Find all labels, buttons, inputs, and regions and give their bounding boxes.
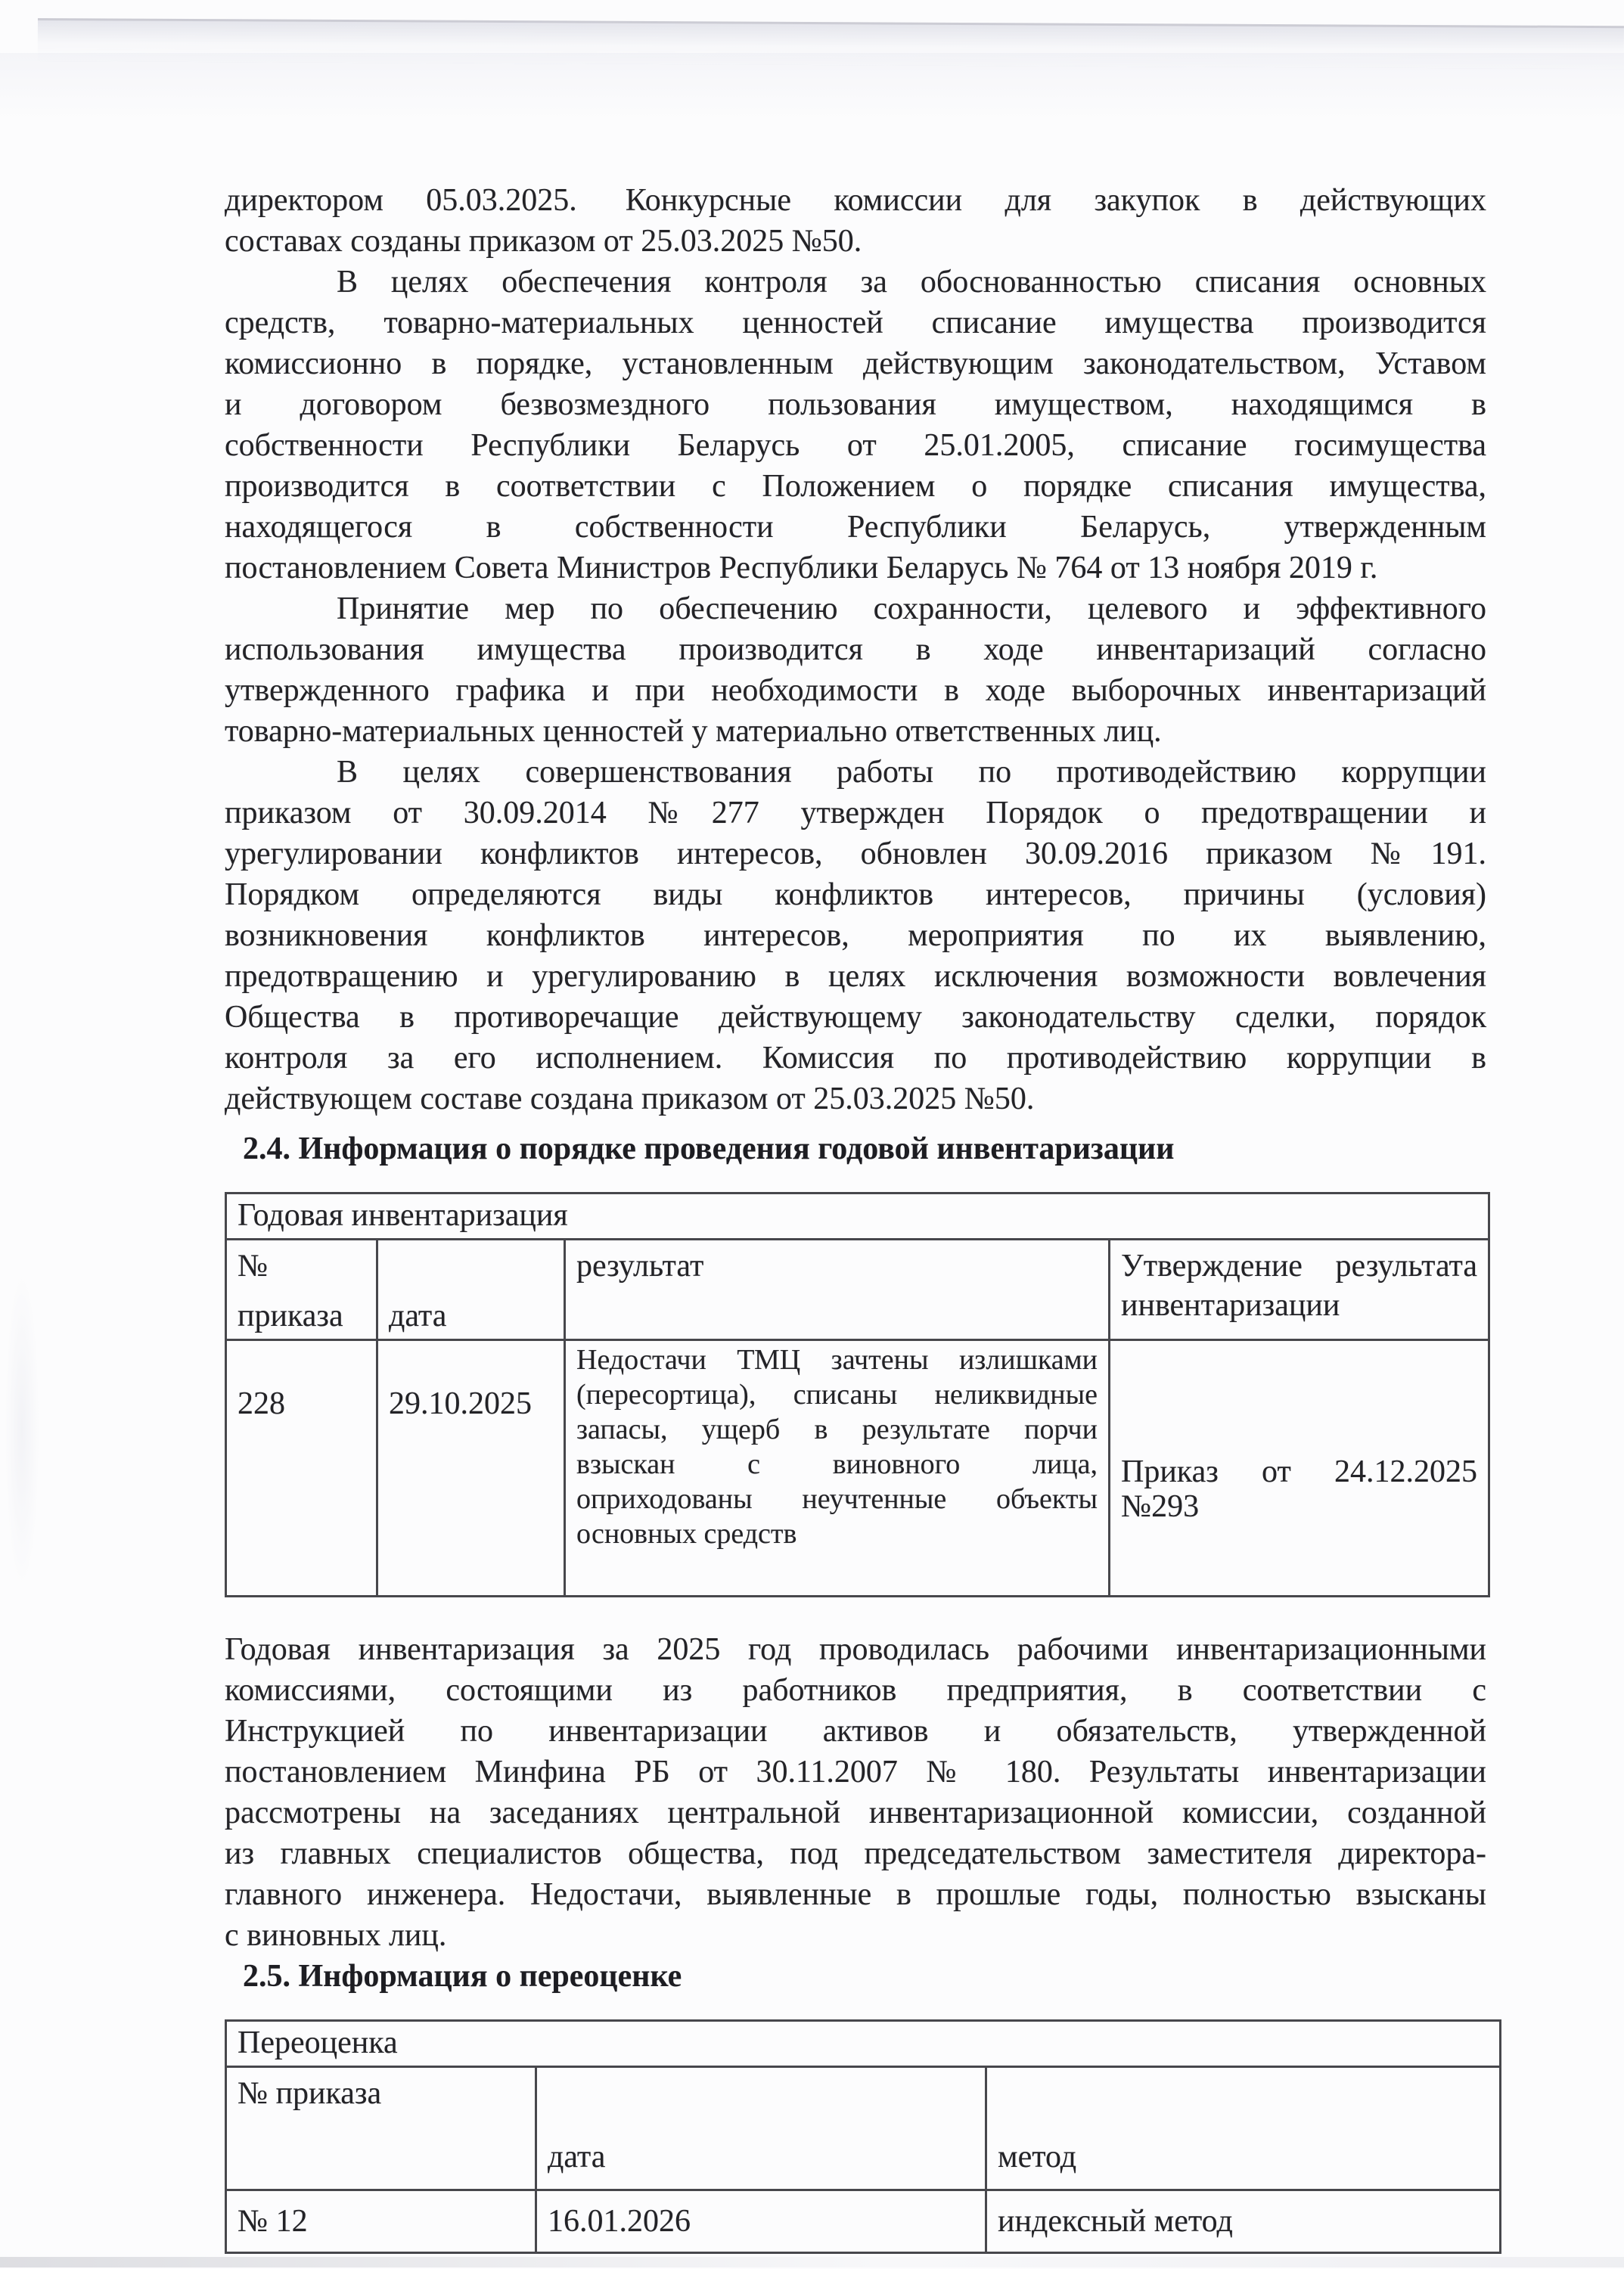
column-header-date: дата: [377, 1240, 565, 1340]
cell-method: индексный метод: [986, 2190, 1501, 2253]
column-header-date: дата: [536, 2067, 986, 2190]
text-line: товарно-материальных ценностей у материа…: [225, 711, 1486, 752]
text-line: В целях обеспечения контроля за обоснова…: [225, 262, 1486, 303]
column-header-order-no: № приказа: [226, 2067, 536, 2190]
header-line: приказа: [238, 1296, 365, 1336]
text-line: комиссиями, состоящими из работников пре…: [225, 1670, 1486, 1711]
text-line: комиссионно в порядке, установленным дей…: [225, 343, 1486, 384]
text-line: главного инженера. Недостачи, выявленные…: [225, 1874, 1486, 1915]
table-header-row: № приказа дата результат Утверждение рез…: [226, 1240, 1489, 1340]
cell-result: Недостачи ТМЦ зачтены излишками(пересорт…: [565, 1340, 1110, 1597]
wide-space: [577, 210, 626, 210]
text-line: Порядком определяются виды конфликтов ин…: [225, 874, 1486, 915]
text-line: оприходованы неучтенные объекты: [576, 1482, 1098, 1516]
scan-edge-shadow-bottom: [0, 2257, 1624, 2267]
header-line: инвентаризации: [1121, 1286, 1477, 1325]
text-line: с виновных лиц.: [225, 1915, 1486, 1956]
table-data-row: № 12 16.01.2026 индексный метод: [226, 2190, 1501, 2253]
text-line: приказом от 30.09.2014 №277 утвержден По…: [225, 793, 1486, 833]
cell-order-no: 228: [226, 1340, 377, 1597]
header-line: Утверждение результата: [1121, 1246, 1477, 1286]
table-caption: Переоценка: [226, 2021, 1501, 2067]
annual-inventory-table: Годовая инвентаризация № приказа дата ре…: [225, 1192, 1490, 1597]
column-header-approval: Утверждение результата инвентаризации: [1110, 1240, 1489, 1340]
text-line: предотвращению и урегулированию в целях …: [225, 956, 1486, 997]
scan-left-smudge: [5, 1271, 39, 1588]
table-data-row: 228 29.10.2025 Недостачи ТМЦ зачтены изл…: [226, 1340, 1489, 1597]
document-body: директором 05.03.2025.Конкурсные комисси…: [225, 180, 1486, 2254]
scanned-document-page: директором 05.03.2025.Конкурсные комисси…: [0, 0, 1624, 2269]
paragraph-annual-inventory-summary: Годовая инвентаризация за 2025 год прово…: [225, 1629, 1486, 1956]
header-line: дата: [548, 2137, 974, 2177]
text-line: производится в соответствии с Положением…: [225, 466, 1486, 507]
text-line: и договором безвозмездного пользования и…: [225, 384, 1486, 425]
scan-shade-top: [0, 53, 1624, 121]
header-line: №: [238, 1246, 365, 1286]
paragraph-anticorruption: В целях совершенствования работы по прот…: [225, 752, 1486, 1119]
text-line: запасы, ущерб в результате порчи: [576, 1412, 1098, 1447]
text-line: утвержденного графика и при необходимост…: [225, 670, 1486, 711]
header-line: дата: [389, 1296, 553, 1336]
table-header-row: № приказа дата метод: [226, 2067, 1501, 2190]
text-line: составах созданы приказом от 25.03.2025 …: [225, 221, 1486, 262]
cell-date: 16.01.2026: [536, 2190, 986, 2253]
section-heading-2-4: 2.4. Информация о порядке проведения год…: [225, 1128, 1486, 1169]
approval-line: Приказ от 24.12.2025: [1121, 1454, 1477, 1489]
text-line: Годовая инвентаризация за 2025 год прово…: [225, 1629, 1486, 1670]
paragraph-asset-safekeeping: Принятие мер по обеспечению сохранности,…: [225, 588, 1486, 752]
table-caption: Годовая инвентаризация: [226, 1193, 1489, 1240]
approval-line: №293: [1121, 1489, 1477, 1524]
section-heading-2-5: 2.5. Информация о переоценке: [225, 1956, 1486, 1997]
header-line: результат: [576, 1246, 1098, 1286]
text-line: основных средств: [576, 1516, 1098, 1551]
text-line: средств, товарно-материальных ценностей …: [225, 303, 1486, 343]
text-line: (пересортица), списаны неликвидные: [576, 1377, 1098, 1412]
paragraph-procurement-commissions: директором 05.03.2025.Конкурсные комисси…: [225, 180, 1486, 262]
revaluation-table: Переоценка № приказа дата метод № 12 16.…: [225, 2019, 1501, 2254]
text-line: директором 05.03.2025.Конкурсные комисси…: [225, 180, 1486, 221]
text-line: из главных специалистов общества, под пр…: [225, 1833, 1486, 1874]
column-header-order-no: № приказа: [226, 1240, 377, 1340]
cell-date: 29.10.2025: [377, 1340, 565, 1597]
table-caption-row: Переоценка: [226, 2021, 1501, 2067]
text-line: В целях совершенствования работы по прот…: [225, 752, 1486, 793]
text-line: собственности Республики Беларусь от 25.…: [225, 425, 1486, 466]
cell-order-no: № 12: [226, 2190, 536, 2253]
header-line: метод: [998, 2137, 1489, 2177]
text-line: постановлением Минфина РБ от 30.11.2007 …: [225, 1752, 1486, 1793]
text-line: рассмотрены на заседаниях центральной ин…: [225, 1793, 1486, 1833]
text-line: взыскан с виновного лица,: [576, 1447, 1098, 1482]
column-header-result: результат: [565, 1240, 1110, 1340]
column-header-method: метод: [986, 2067, 1501, 2190]
result-text: Недостачи ТМЦ зачтены излишками(пересорт…: [576, 1342, 1098, 1551]
header-line: № приказа: [238, 2074, 524, 2113]
text-line: находящегося в собственности Республики …: [225, 507, 1486, 548]
cell-approval: Приказ от 24.12.2025 №293: [1110, 1340, 1489, 1597]
text-line: использования имущества производится в х…: [225, 629, 1486, 670]
text-line: Общества в противоречащие действующему з…: [225, 997, 1486, 1038]
text-line: Недостачи ТМЦ зачтены излишками: [576, 1342, 1098, 1377]
text-line: постановлением Совета Министров Республи…: [225, 548, 1486, 588]
text-line: контроля за его исполнением. Комиссия по…: [225, 1038, 1486, 1079]
text-line: урегулировании конфликтов интересов, обн…: [225, 833, 1486, 874]
table-caption-row: Годовая инвентаризация: [226, 1193, 1489, 1240]
text-line: Принятие мер по обеспечению сохранности,…: [225, 588, 1486, 629]
text-line: действующем составе создана приказом от …: [225, 1079, 1486, 1119]
text-line: Инструкцией по инвентаризации активов и …: [225, 1711, 1486, 1752]
text-line: возникновения конфликтов интересов, меро…: [225, 915, 1486, 956]
paragraph-writeoff-control: В целях обеспечения контроля за обоснова…: [225, 262, 1486, 588]
